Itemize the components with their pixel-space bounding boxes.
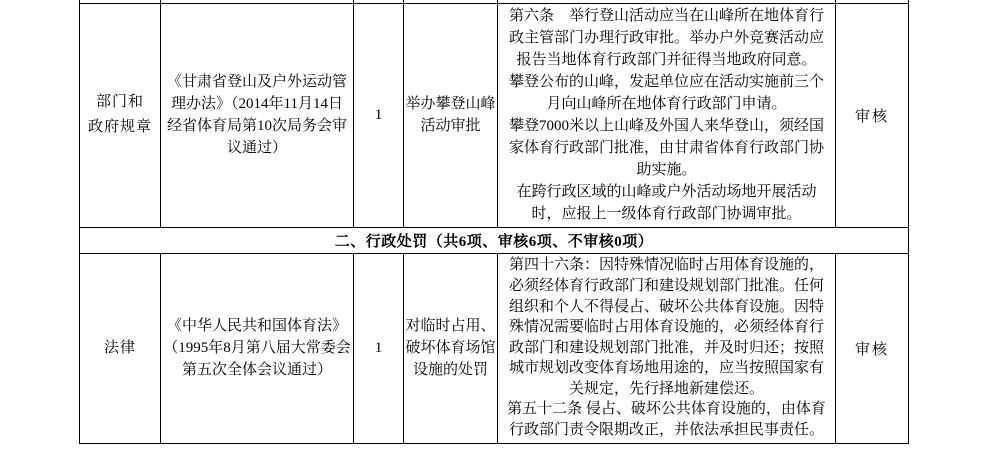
count-cell: 1: [354, 3, 404, 227]
table-row: 法律 《中华人民共和国体育法》 （1995年8月第八届大常委会 第五次全体会议通…: [80, 253, 909, 443]
approval-items-table: 部门和 政府规章 《甘肃省登山及户外运动管 理办法》（2014年11月14日 经…: [79, 0, 909, 444]
document-basis-cell: 《甘肃省登山及户外运动管 理办法》（2014年11月14日 经省体育局第10次局…: [161, 3, 354, 227]
count-cell: 1: [354, 253, 404, 443]
document-page: 部门和 政府规章 《甘肃省登山及户外运动管 理办法》（2014年11月14日 经…: [0, 0, 987, 465]
category-cell: 部门和 政府规章: [80, 3, 161, 227]
category-cell: 法律: [80, 253, 161, 443]
section-header-cell: 二、行政处罚（共6项、审核6项、不审核0项）: [80, 227, 909, 253]
section-header-row: 二、行政处罚（共6项、审核6项、不审核0项）: [80, 227, 909, 253]
audit-status-cell: 审核: [836, 253, 909, 443]
item-name-cell: 对临时占用、 破坏体育场馆 设施的处罚: [404, 253, 498, 443]
legal-basis-cell: 第四十六条：因特殊情况临时占用体育设施的， 必须经体育行政部门和建设规划部门批准…: [498, 253, 836, 443]
legal-basis-cell: 第六条 举行登山活动应当在山峰所在地体育行 政主管部门办理行政审批。举办户外竞赛…: [498, 3, 836, 227]
document-basis-cell: 《中华人民共和国体育法》 （1995年8月第八届大常委会 第五次全体会议通过）: [161, 253, 354, 443]
item-name-cell: 举办攀登山峰 活动审批: [404, 3, 498, 227]
audit-status-cell: 审核: [836, 3, 909, 227]
table-row: 部门和 政府规章 《甘肃省登山及户外运动管 理办法》（2014年11月14日 经…: [80, 3, 909, 227]
